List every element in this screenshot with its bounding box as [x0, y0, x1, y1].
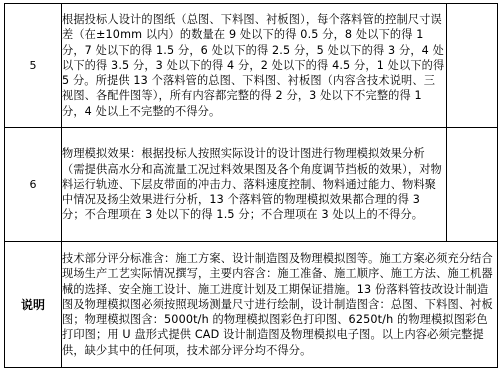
row-score-cell	[447, 128, 498, 242]
row-index: 5	[5, 4, 62, 128]
note-content: 技术部分评分标准含：施工方案、设计制造图及物理模拟图等。施工方案必须充分结合现场…	[62, 242, 498, 368]
note-label: 说明	[5, 242, 62, 368]
row-score-cell	[447, 4, 498, 128]
row-index: 6	[5, 128, 62, 242]
table-row: 5 根据投标人设计的图纸（总图、下料图、衬板图），每个落料管的控制尺寸误差（在±…	[5, 4, 498, 128]
row-criteria: 根据投标人设计的图纸（总图、下料图、衬板图），每个落料管的控制尺寸误差（在±10…	[62, 4, 447, 128]
scoring-table: 5 根据投标人设计的图纸（总图、下料图、衬板图），每个落料管的控制尺寸误差（在±…	[4, 3, 498, 368]
note-row: 说明 技术部分评分标准含：施工方案、设计制造图及物理模拟图等。施工方案必须充分结…	[5, 242, 498, 368]
table-row: 6 物理模拟效果：根据投标人按照实际设计的设计图进行物理模拟效果分析（需提供高水…	[5, 128, 498, 242]
row-criteria: 物理模拟效果：根据投标人按照实际设计的设计图进行物理模拟效果分析（需提供高水分和…	[62, 128, 447, 242]
